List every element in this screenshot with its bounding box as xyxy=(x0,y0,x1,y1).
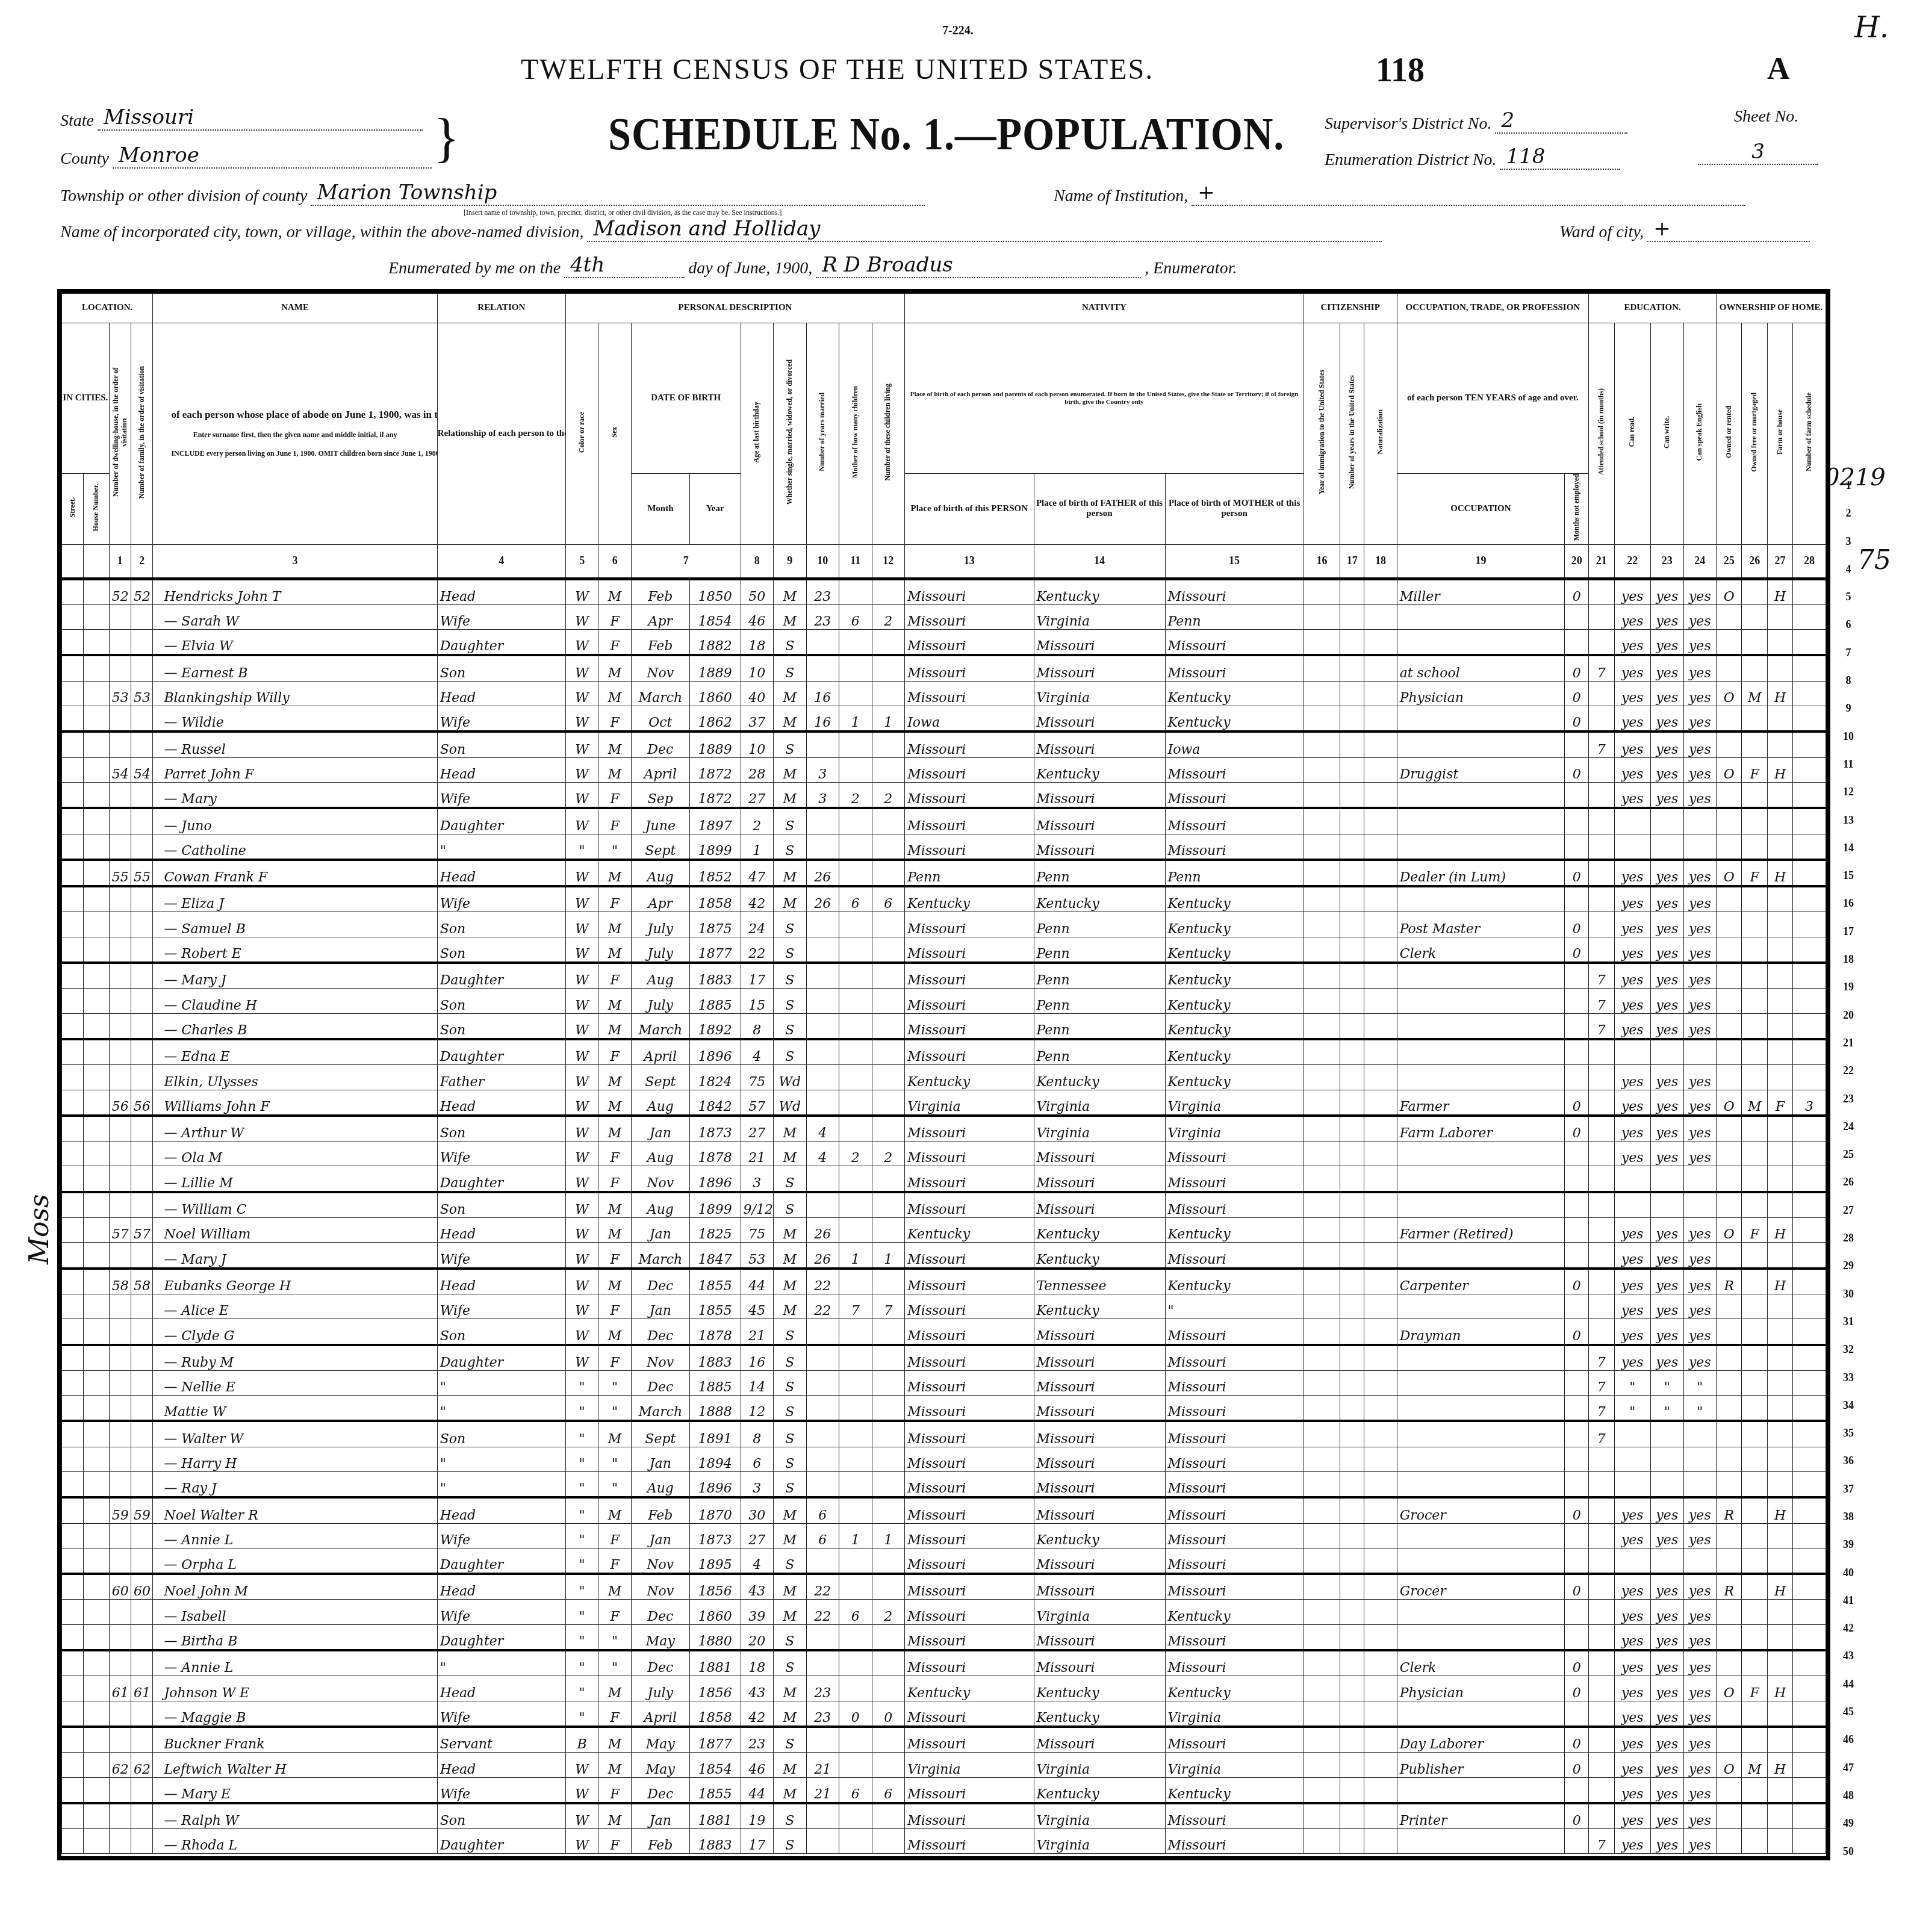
cell-year: 1873 xyxy=(689,1523,741,1548)
cell-fh: H xyxy=(1767,1574,1792,1600)
cell-age: 8 xyxy=(741,1421,774,1447)
cell-own xyxy=(1717,963,1742,989)
cell-age: 15 xyxy=(741,989,774,1013)
cell-rel: Wife xyxy=(437,1777,565,1803)
cell-color: " xyxy=(565,1447,598,1471)
cell-house xyxy=(84,1192,109,1218)
table-row: — Ola MWifeWFAug187821M422MissouriMissou… xyxy=(62,1141,1826,1166)
cell-mc xyxy=(839,1269,872,1294)
cell-dw: 54 xyxy=(109,757,131,782)
cell-rd: yes xyxy=(1614,1218,1651,1243)
cell-mu xyxy=(1565,1039,1589,1065)
cell-month: Dec xyxy=(631,1650,689,1676)
cell-fam xyxy=(131,963,153,989)
cell-fs xyxy=(1793,1345,1826,1371)
cell-yus xyxy=(1340,1753,1364,1777)
cell-ym: 22 xyxy=(806,1294,839,1319)
cell-sex: F xyxy=(598,1548,632,1574)
cell-sex: M xyxy=(598,1753,632,1777)
cell-mu xyxy=(1565,630,1589,656)
table-row: — Charles BSonWMMarch18928SMissouriPennK… xyxy=(62,1013,1826,1039)
cell-mc xyxy=(839,1624,872,1650)
cell-mar: S xyxy=(774,963,807,989)
cell-year: 1873 xyxy=(689,1116,741,1141)
cell-name: Hendricks John T xyxy=(153,579,437,604)
cell-nat xyxy=(1364,1294,1397,1319)
cell-year: 1883 xyxy=(689,1345,741,1371)
cell-year: 1824 xyxy=(689,1065,741,1090)
cell-cl xyxy=(872,1192,905,1218)
cell-mar: M xyxy=(774,1141,807,1166)
cell-rd: yes xyxy=(1614,1090,1651,1116)
cell-street xyxy=(62,706,84,732)
cell-bp: Missouri xyxy=(905,1319,1034,1345)
cell-fam xyxy=(131,1548,153,1574)
cell-ym xyxy=(806,1447,839,1471)
cell-sch xyxy=(1589,1701,1614,1727)
line-number: 21 xyxy=(1836,1029,1860,1057)
cell-sch xyxy=(1589,1803,1614,1829)
group-location: LOCATION. xyxy=(62,294,153,323)
cell-bf: Missouri xyxy=(1034,1141,1165,1166)
cell-mc xyxy=(839,1065,872,1090)
cell-imm xyxy=(1304,1727,1340,1753)
cell-en: " xyxy=(1683,1370,1717,1395)
cell-mu xyxy=(1565,1471,1589,1497)
cell-street xyxy=(62,808,84,834)
cell-rel: Wife xyxy=(437,604,565,629)
cell-color: W xyxy=(565,782,598,808)
cell-fam xyxy=(131,706,153,732)
cell-mu xyxy=(1565,731,1589,757)
cell-fs xyxy=(1793,937,1826,963)
table-row: — Arthur WSonWMJan187327M4MissouriVirgin… xyxy=(62,1116,1826,1141)
cell-wr: yes xyxy=(1651,1141,1684,1166)
cell-mar: M xyxy=(774,1523,807,1548)
cell-fh xyxy=(1767,782,1792,808)
table-row: — Mary EWifeWFDec185544M2166MissouriKent… xyxy=(62,1777,1826,1803)
cell-en: yes xyxy=(1683,937,1717,963)
cell-sex: " xyxy=(598,1471,632,1497)
cell-sch xyxy=(1589,1294,1614,1319)
cell-fs xyxy=(1793,1039,1826,1065)
cell-name: — Ray J xyxy=(153,1471,437,1497)
cell-own xyxy=(1717,1345,1742,1371)
cell-name: — Mary xyxy=(153,782,437,808)
cell-mu: 0 xyxy=(1565,860,1589,886)
state-field: State Missouri xyxy=(60,105,423,131)
cell-wr: yes xyxy=(1651,706,1684,732)
cell-ym xyxy=(806,1421,839,1447)
cell-wr: yes xyxy=(1651,886,1684,912)
cell-wr: yes xyxy=(1651,1090,1684,1116)
cell-bf: Penn xyxy=(1034,989,1165,1013)
cell-imm xyxy=(1304,706,1340,732)
cell-fs: 3 xyxy=(1793,1090,1826,1116)
institution-label: Name of Institution, xyxy=(1054,187,1188,206)
cell-bf: Missouri xyxy=(1034,1624,1165,1650)
cell-fs xyxy=(1793,706,1826,732)
institution-value: + xyxy=(1192,181,1745,206)
cell-cl: 2 xyxy=(872,604,905,629)
table-row: — William CSonWMAug18999/12SMissouriMiss… xyxy=(62,1192,1826,1218)
cell-en: yes xyxy=(1683,1243,1717,1269)
cell-bf: Kentucky xyxy=(1034,1065,1165,1090)
cell-free xyxy=(1742,886,1767,912)
cell-age: 12 xyxy=(741,1396,774,1421)
cell-ym: 22 xyxy=(806,1574,839,1600)
table-row: 5353Blankingship WillyHeadWMMarch186040M… xyxy=(62,681,1826,706)
cell-mu: 0 xyxy=(1565,1650,1589,1676)
city-label: Name of incorporated city, town, or vill… xyxy=(60,223,583,242)
cell-rel: Son xyxy=(437,655,565,681)
line-number: 1 xyxy=(1836,471,1860,499)
cell-year: 1875 xyxy=(689,912,741,937)
cell-wr: yes xyxy=(1651,579,1684,604)
cell-mar: S xyxy=(774,834,807,860)
cell-wr: yes xyxy=(1651,1243,1684,1269)
cell-sch: 7 xyxy=(1589,1829,1614,1854)
cell-sch xyxy=(1589,912,1614,937)
cell-year: 1880 xyxy=(689,1624,741,1650)
cell-year: 1855 xyxy=(689,1294,741,1319)
cell-ym: 22 xyxy=(806,1600,839,1624)
cell-color: " xyxy=(565,1650,598,1676)
cell-mu: 0 xyxy=(1565,1090,1589,1116)
cell-color: W xyxy=(565,1141,598,1166)
cell-year: 1858 xyxy=(689,886,741,912)
table-row: — Annie L"""Dec188118SMissouriMissouriMi… xyxy=(62,1650,1826,1676)
cell-wr: yes xyxy=(1651,912,1684,937)
cell-imm xyxy=(1304,1090,1340,1116)
cell-bf: Missouri xyxy=(1034,834,1165,860)
cell-bp: Missouri xyxy=(905,1421,1034,1447)
cell-rel: Father xyxy=(437,1065,565,1090)
cell-wr: yes xyxy=(1651,963,1684,989)
cell-street xyxy=(62,1013,84,1039)
cell-imm xyxy=(1304,655,1340,681)
cell-house xyxy=(84,1777,109,1803)
cell-bp: Missouri xyxy=(905,1345,1034,1371)
cell-sch xyxy=(1589,1192,1614,1218)
cell-nat xyxy=(1364,1243,1397,1269)
cell-occ xyxy=(1397,1471,1565,1497)
cell-free xyxy=(1742,1574,1767,1600)
cell-house xyxy=(84,1600,109,1624)
cell-name: — Robert E xyxy=(153,937,437,963)
cell-fs xyxy=(1793,886,1826,912)
cell-bp: Missouri xyxy=(905,1141,1034,1166)
cell-imm xyxy=(1304,1039,1340,1065)
cell-cl: 0 xyxy=(872,1701,905,1727)
cell-bp: Kentucky xyxy=(905,1218,1034,1243)
cell-bm: Iowa xyxy=(1165,731,1304,757)
cell-fs xyxy=(1793,1624,1826,1650)
cell-house xyxy=(84,1218,109,1243)
cell-mu xyxy=(1565,1421,1589,1447)
cell-bf: Virginia xyxy=(1034,1803,1165,1829)
cell-bm: Missouri xyxy=(1165,1829,1304,1854)
cell-ym xyxy=(806,937,839,963)
cell-cl xyxy=(872,731,905,757)
cell-mc xyxy=(839,808,872,834)
cell-bp: Missouri xyxy=(905,681,1034,706)
cell-month: Nov xyxy=(631,1548,689,1574)
cell-bf: Kentucky xyxy=(1034,757,1165,782)
cell-free xyxy=(1742,989,1767,1013)
cell-fs xyxy=(1793,1294,1826,1319)
line-number: 15 xyxy=(1836,862,1860,889)
cell-dw xyxy=(109,1650,131,1676)
cell-house xyxy=(84,1345,109,1371)
cell-free xyxy=(1742,1065,1767,1090)
cell-mc xyxy=(839,1803,872,1829)
cell-street xyxy=(62,886,84,912)
cell-fh xyxy=(1767,1701,1792,1727)
cell-fs xyxy=(1793,1803,1826,1829)
cell-nat xyxy=(1364,1319,1397,1345)
cell-month: Dec xyxy=(631,731,689,757)
cell-fh: H xyxy=(1767,579,1792,604)
cell-free xyxy=(1742,782,1767,808)
enumeration-stamp: 118 xyxy=(1376,51,1425,90)
cell-sex: M xyxy=(598,579,632,604)
cell-yus xyxy=(1340,1727,1364,1753)
col-dob: DATE OF BIRTH xyxy=(631,323,741,474)
cell-free xyxy=(1742,1421,1767,1447)
cell-dw xyxy=(109,1548,131,1574)
cell-ym xyxy=(806,1803,839,1829)
cell-name: Elkin, Ulysses xyxy=(153,1065,437,1090)
cell-house xyxy=(84,1574,109,1600)
cell-rd: yes xyxy=(1614,886,1651,912)
cell-mc: 1 xyxy=(839,1523,872,1548)
cell-mc xyxy=(839,1574,872,1600)
cell-sch xyxy=(1589,1523,1614,1548)
cell-age: 44 xyxy=(741,1777,774,1803)
cell-age: 57 xyxy=(741,1090,774,1116)
cell-sex: M xyxy=(598,1574,632,1600)
cell-mar: S xyxy=(774,1803,807,1829)
cell-sex: F xyxy=(598,1166,632,1192)
cell-rel: Daughter xyxy=(437,963,565,989)
cell-own xyxy=(1717,1650,1742,1676)
cell-year: 1877 xyxy=(689,1727,741,1753)
cell-wr xyxy=(1651,808,1684,834)
cell-nat xyxy=(1364,1421,1397,1447)
cell-fh xyxy=(1767,937,1792,963)
table-row: 5858Eubanks George HHeadWMDec185544M22Mi… xyxy=(62,1269,1826,1294)
township-note: [Insert name of township, town, precinct… xyxy=(464,208,782,217)
cell-name: — Lillie M xyxy=(153,1166,437,1192)
cell-wr: yes xyxy=(1651,1319,1684,1345)
cell-age: 28 xyxy=(741,757,774,782)
cell-cl xyxy=(872,860,905,886)
cell-street xyxy=(62,1574,84,1600)
cell-fam xyxy=(131,1396,153,1421)
cell-month: Feb xyxy=(631,1497,689,1523)
cell-en: yes xyxy=(1683,912,1717,937)
cell-house xyxy=(84,1701,109,1727)
cell-fs xyxy=(1793,860,1826,886)
cell-bp: Kentucky xyxy=(905,1676,1034,1701)
cell-nat xyxy=(1364,1141,1397,1166)
cell-fam xyxy=(131,782,153,808)
cell-name: Williams John F xyxy=(153,1090,437,1116)
cell-nat xyxy=(1364,860,1397,886)
table-row: 5252Hendricks John THeadWMFeb185050M23Mi… xyxy=(62,579,1826,604)
enumerated-suffix: day of June, 1900, xyxy=(688,259,812,278)
cell-occ xyxy=(1397,1447,1565,1471)
cell-occ xyxy=(1397,604,1565,629)
cell-bm: Missouri xyxy=(1165,1548,1304,1574)
cell-sch xyxy=(1589,706,1614,732)
cell-rd: yes xyxy=(1614,1701,1651,1727)
cell-color: W xyxy=(565,655,598,681)
cell-dw xyxy=(109,886,131,912)
cell-fh xyxy=(1767,1396,1792,1421)
cell-name: — Mary J xyxy=(153,1243,437,1269)
cell-fs xyxy=(1793,912,1826,937)
cell-bp: Missouri xyxy=(905,1777,1034,1803)
group-ownership: OWNERSHIP OF HOME. xyxy=(1717,294,1826,323)
cell-own xyxy=(1717,1624,1742,1650)
cell-free xyxy=(1742,937,1767,963)
cell-bp: Missouri xyxy=(905,630,1034,656)
cell-rd: yes xyxy=(1614,655,1651,681)
cell-name: — Samuel B xyxy=(153,912,437,937)
cell-mar: S xyxy=(774,1192,807,1218)
cell-imm xyxy=(1304,579,1340,604)
cell-occ xyxy=(1397,1039,1565,1065)
cell-occ: Farmer xyxy=(1397,1090,1565,1116)
city-value: Madison and Holliday xyxy=(587,217,1382,242)
cell-house xyxy=(84,604,109,629)
cell-color: W xyxy=(565,1829,598,1854)
cell-name: Noel Walter R xyxy=(153,1497,437,1523)
cell-bf: Kentucky xyxy=(1034,1523,1165,1548)
cell-month: Sept xyxy=(631,1065,689,1090)
cell-color: W xyxy=(565,808,598,834)
cell-fh xyxy=(1767,1624,1792,1650)
cell-yus xyxy=(1340,1013,1364,1039)
col-name-desc: of each person whose place of abode on J… xyxy=(153,323,437,545)
col-year: Year xyxy=(689,474,741,545)
cell-house xyxy=(84,1471,109,1497)
cell-own xyxy=(1717,1777,1742,1803)
cell-own xyxy=(1717,1039,1742,1065)
cell-sch xyxy=(1589,860,1614,886)
cell-sex: M xyxy=(598,1090,632,1116)
cell-color: W xyxy=(565,1065,598,1090)
cell-bp: Missouri xyxy=(905,808,1034,834)
cell-fh xyxy=(1767,1471,1792,1497)
cell-fh xyxy=(1767,1192,1792,1218)
cell-fs xyxy=(1793,1600,1826,1624)
cell-ym xyxy=(806,1624,839,1650)
cell-sch: 7 xyxy=(1589,989,1614,1013)
cell-bf: Missouri xyxy=(1034,782,1165,808)
cell-fs xyxy=(1793,1269,1826,1294)
cell-free xyxy=(1742,1269,1767,1294)
cell-month: Dec xyxy=(631,1600,689,1624)
cell-bp: Missouri xyxy=(905,937,1034,963)
cell-dw xyxy=(109,1370,131,1395)
cell-mu: 0 xyxy=(1565,579,1589,604)
cell-age: 40 xyxy=(741,681,774,706)
cell-own xyxy=(1717,808,1742,834)
cell-name: — Juno xyxy=(153,808,437,834)
cell-mc: 1 xyxy=(839,706,872,732)
cell-ym xyxy=(806,731,839,757)
cell-own xyxy=(1717,1421,1742,1447)
cell-bm: Kentucky xyxy=(1165,886,1304,912)
col-birth-father: Place of birth of FATHER of this person xyxy=(1034,474,1165,545)
cell-sch xyxy=(1589,937,1614,963)
cell-name: Johnson W E xyxy=(153,1676,437,1701)
cell-rel: Son xyxy=(437,731,565,757)
cell-bp: Missouri xyxy=(905,1803,1034,1829)
cell-name: — Ralph W xyxy=(153,1803,437,1829)
cell-house xyxy=(84,1548,109,1574)
cell-rel: Wife xyxy=(437,886,565,912)
cell-own xyxy=(1717,1447,1742,1471)
cell-occ: Farmer (Retired) xyxy=(1397,1218,1565,1243)
cell-rd xyxy=(1614,834,1651,860)
cell-fs xyxy=(1793,630,1826,656)
cell-year: 1847 xyxy=(689,1243,741,1269)
cell-wr: yes xyxy=(1651,1829,1684,1854)
cell-name: Blankingship Willy xyxy=(153,681,437,706)
table-row: — WildieWifeWFOct186237M1611IowaMissouri… xyxy=(62,706,1826,732)
cell-fh xyxy=(1767,1345,1792,1371)
table-row: — JunoDaughterWFJune18972SMissouriMissou… xyxy=(62,808,1826,834)
cell-dw: 59 xyxy=(109,1497,131,1523)
schedule-title: SCHEDULE No. 1.—POPULATION. xyxy=(608,108,1284,161)
cell-fh xyxy=(1767,1803,1792,1829)
cell-wr: yes xyxy=(1651,782,1684,808)
cell-yus xyxy=(1340,1192,1364,1218)
cell-rd: yes xyxy=(1614,1116,1651,1141)
cell-wr: yes xyxy=(1651,1574,1684,1600)
cell-nat xyxy=(1364,1523,1397,1548)
line-number: 41 xyxy=(1836,1586,1860,1614)
cell-mar: S xyxy=(774,1166,807,1192)
line-number: 35 xyxy=(1836,1419,1860,1447)
cell-wr: yes xyxy=(1651,1753,1684,1777)
cell-dw xyxy=(109,1319,131,1345)
cell-street xyxy=(62,937,84,963)
line-number: 32 xyxy=(1836,1335,1860,1363)
line-number: 9 xyxy=(1836,694,1860,722)
table-row: — Claudine HSonWMJuly188515SMissouriPenn… xyxy=(62,989,1826,1013)
cell-rd xyxy=(1614,1166,1651,1192)
cell-occ xyxy=(1397,1396,1565,1421)
cell-en: yes xyxy=(1683,1497,1717,1523)
cell-imm xyxy=(1304,1166,1340,1192)
cell-dw: 53 xyxy=(109,681,131,706)
cell-nat xyxy=(1364,1269,1397,1294)
cell-mar: S xyxy=(774,1829,807,1854)
cell-sch: 7 xyxy=(1589,1421,1614,1447)
cell-mar: S xyxy=(774,655,807,681)
cell-rel: Head xyxy=(437,1497,565,1523)
cell-mu: 0 xyxy=(1565,757,1589,782)
cell-fs xyxy=(1793,989,1826,1013)
cell-bf: Missouri xyxy=(1034,1319,1165,1345)
cell-own: O xyxy=(1717,860,1742,886)
cell-nat xyxy=(1364,681,1397,706)
